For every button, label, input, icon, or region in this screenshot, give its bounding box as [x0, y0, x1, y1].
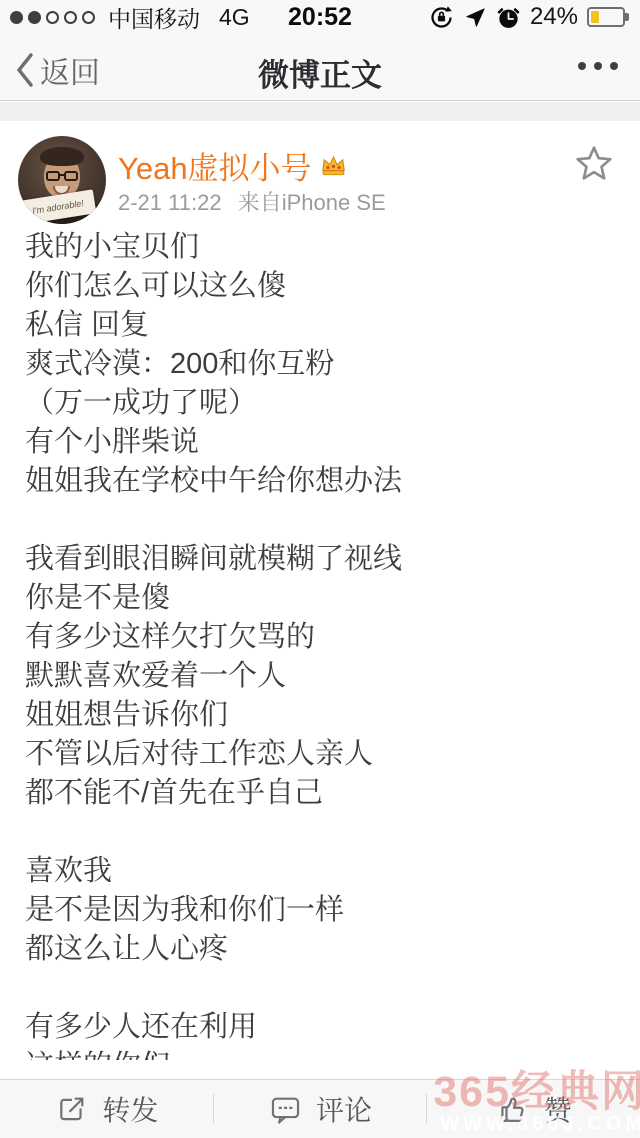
favorite-button[interactable]: [574, 143, 614, 183]
like-button[interactable]: 赞: [427, 1080, 640, 1138]
repost-button[interactable]: 转发: [0, 1080, 213, 1138]
battery-icon: [587, 7, 625, 27]
weibo-post-screen: 中国移动 4G 20:52: [0, 0, 640, 1138]
comment-button[interactable]: 评论: [214, 1080, 427, 1138]
page-title: 微博正文: [0, 50, 640, 95]
post-timestamp: 2-21 11:22: [118, 190, 222, 215]
vip-crown-icon: [320, 154, 347, 177]
post-source: 来自iPhone SE: [238, 190, 386, 215]
post-body-text: 我的小宝贝们 你们怎么可以这么傻 私信 回复 爽式冷漠：200和你互粉 （万一成…: [25, 228, 632, 1060]
author-name: Yeah虚拟小号: [118, 143, 312, 188]
post-card: I'm adorable! Yeah虚拟小号 2-21 11:22 来自iPho…: [0, 121, 640, 1079]
network-type-label: 4G: [219, 4, 250, 31]
battery-fill: [591, 11, 599, 23]
carrier-label: 中国移动: [108, 1, 200, 34]
repost-icon: [54, 1092, 89, 1127]
avatar[interactable]: I'm adorable!: [18, 136, 106, 224]
status-bar: 中国移动 4G 20:52: [0, 0, 640, 34]
comment-icon: [268, 1092, 303, 1127]
thumbs-up-icon: [496, 1092, 531, 1127]
location-icon: [464, 6, 487, 29]
battery-percent-label: 24%: [530, 3, 578, 31]
post-meta: 2-21 11:22 来自iPhone SE: [118, 186, 386, 217]
author-link[interactable]: Yeah虚拟小号: [118, 143, 347, 188]
bottom-toolbar: 转发 评论 赞: [0, 1079, 640, 1138]
repost-label: 转发: [102, 1089, 158, 1129]
signal-strength-icon: 中国移动 4G: [10, 1, 250, 34]
nav-bar: 返回 微博正文: [0, 34, 640, 101]
alarm-icon: [496, 5, 521, 30]
more-horizontal-icon: [578, 62, 586, 70]
like-label: 赞: [544, 1089, 572, 1129]
more-button[interactable]: [578, 62, 618, 70]
orientation-lock-icon: [428, 4, 455, 31]
section-divider: [0, 102, 640, 121]
star-icon: [574, 143, 614, 183]
comment-label: 评论: [316, 1089, 372, 1129]
